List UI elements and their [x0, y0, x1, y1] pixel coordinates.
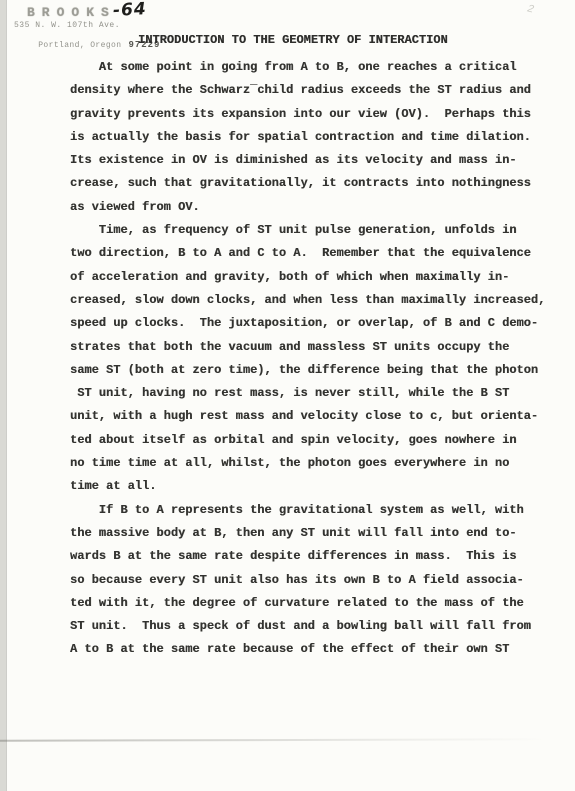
text-line: strates that both the vacuum and massles… — [70, 336, 545, 359]
text-line: so because every ST unit also has its ow… — [70, 569, 545, 592]
scanned-document-page: BROOKS -64 535 N. W. 107th Ave. Portland… — [0, 0, 575, 791]
text-line: A to B at the same rate because of the e… — [70, 638, 545, 661]
text-line: ST unit. Thus a speck of dust and a bowl… — [70, 615, 545, 638]
text-line: crease, such that gravitationally, it co… — [70, 172, 545, 195]
text-line: gravity prevents its expansion into our … — [70, 103, 545, 126]
text-line: same ST (both at zero time), the differe… — [70, 359, 545, 382]
text-line: density where the Schwarz¯child radius e… — [70, 79, 545, 102]
text-line: ted about itself as orbital and spin vel… — [70, 429, 545, 452]
scan-edge — [0, 0, 7, 791]
text-line: time at all. — [70, 475, 545, 498]
letterhead-address-line1: 535 N. W. 107th Ave. — [14, 21, 120, 30]
typewritten-body: At some point in going from A to B, one … — [70, 56, 545, 662]
text-line: creased, slow down clocks, and when less… — [70, 289, 545, 312]
text-line: ted with it, the degree of curvature rel… — [70, 592, 545, 615]
page-corner-mark: 2 — [526, 3, 535, 16]
text-line: as viewed from OV. — [70, 196, 545, 219]
text-line: two direction, B to A and C to A. Rememb… — [70, 242, 545, 265]
letterhead-city: Portland, Oregon — [38, 41, 121, 50]
text-line: ST unit, having no rest mass, is never s… — [70, 382, 545, 405]
text-line: speed up clocks. The juxtaposition, or o… — [70, 312, 545, 335]
text-line: Its existence in OV is diminished as its… — [70, 149, 545, 172]
text-line: Time, as frequency of ST unit pulse gene… — [70, 219, 545, 242]
text-line: unit, with a hugh rest mass and velocity… — [70, 405, 545, 428]
document-title: INTRODUCTION TO THE GEOMETRY OF INTERACT… — [138, 33, 448, 47]
text-line: If B to A represents the gravitational s… — [70, 499, 545, 522]
text-line: no time time at all, whilst, the photon … — [70, 452, 545, 475]
text-line: At some point in going from A to B, one … — [70, 56, 545, 79]
handwritten-annotation: -64 — [112, 0, 147, 21]
letterhead-name: BROOKS — [27, 5, 116, 20]
text-line: wards B at the same rate despite differe… — [70, 545, 545, 568]
text-line: of acceleration and gravity, both of whi… — [70, 266, 545, 289]
scan-crease-line — [0, 738, 575, 742]
text-line: is actually the basis for spatial contra… — [70, 126, 545, 149]
text-line: the massive body at B, then any ST unit … — [70, 522, 545, 545]
